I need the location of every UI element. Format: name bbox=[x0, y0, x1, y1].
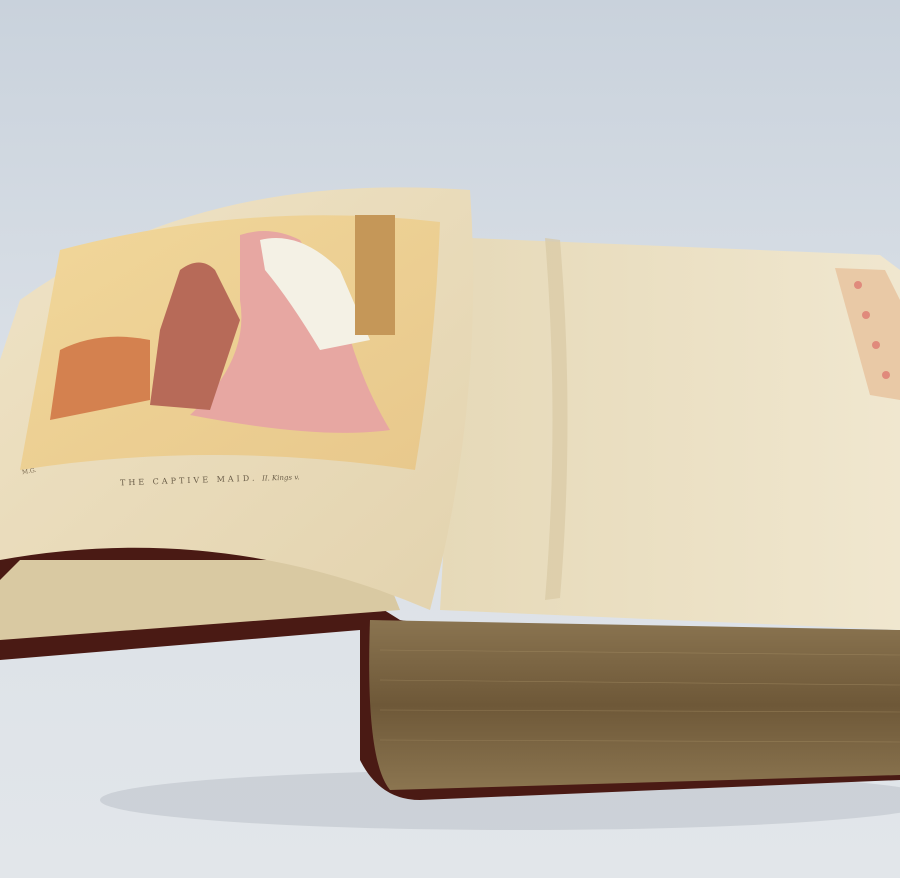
book-illustration bbox=[0, 0, 900, 878]
photo-scene bbox=[0, 0, 900, 878]
scripture-reference: II. Kings v. bbox=[262, 473, 300, 482]
